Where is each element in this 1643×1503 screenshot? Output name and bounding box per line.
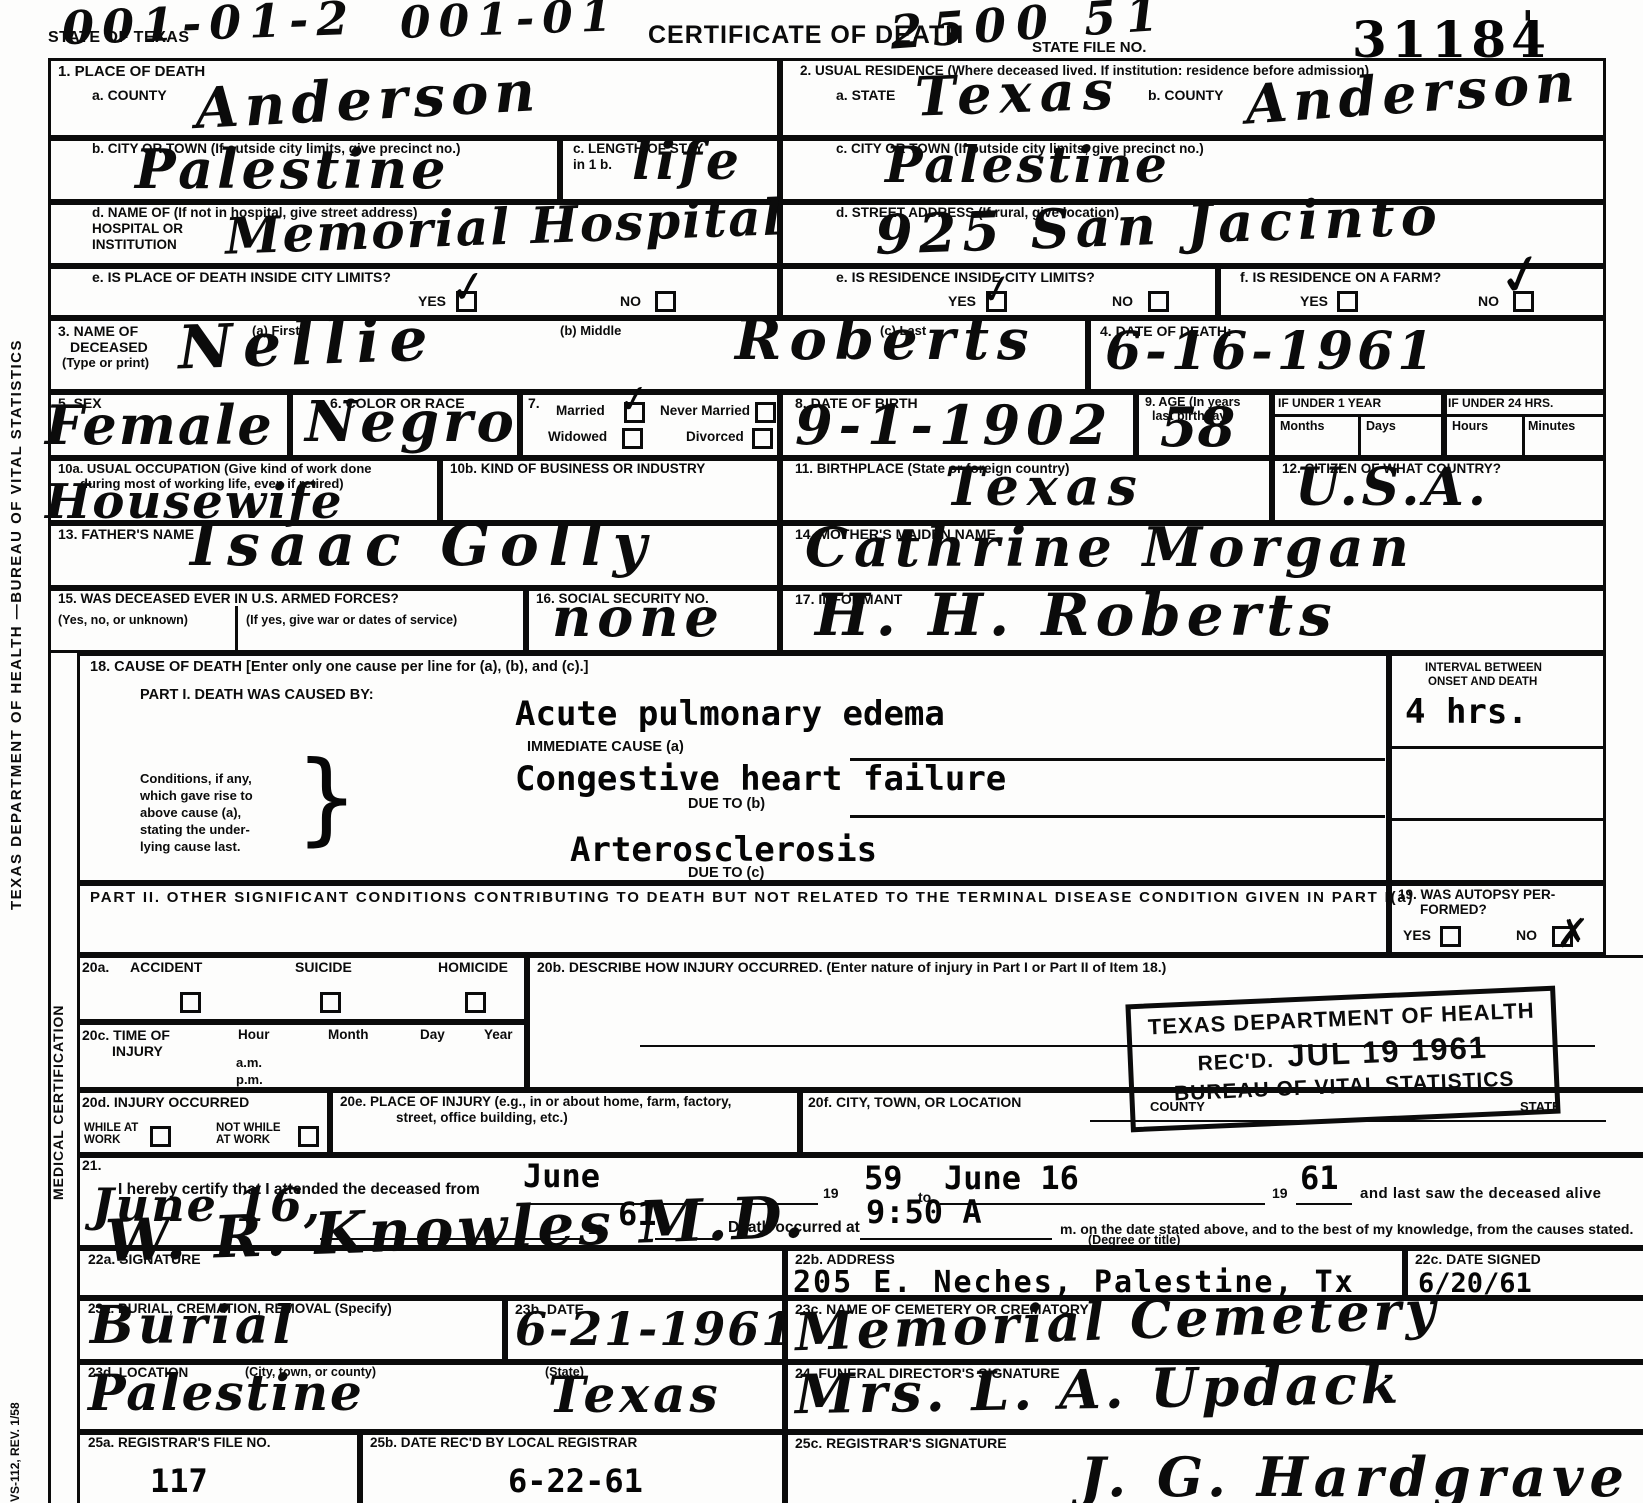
- label-19-yes: YES: [1403, 928, 1431, 943]
- label-20d: 20d. INJURY OCCURRED: [82, 1095, 249, 1110]
- state-file-no-label: STATE FILE NO.: [1032, 40, 1146, 56]
- checkbox-2e-no: [1148, 291, 1169, 312]
- label-21-yr1: 19: [823, 1186, 839, 1201]
- label-1: 1. PLACE OF DEATH: [58, 64, 205, 80]
- label-25b: 25b. DATE REC'D BY LOCAL REGISTRAR: [370, 1436, 637, 1450]
- checkbox-accident: [180, 992, 201, 1013]
- label-20c-year: Year: [484, 1028, 513, 1042]
- value-1c-length: life: [632, 136, 743, 188]
- state-of-texas-label: STATE OF TEXAS: [48, 30, 190, 47]
- label-21: 21.: [82, 1158, 101, 1173]
- value-23a-burial: Burial: [90, 1300, 296, 1352]
- label-15-sub2: (If yes, give war or dates of service): [246, 614, 457, 627]
- label-19-line2: FORMED?: [1420, 903, 1487, 917]
- label-20a-accident: ACCIDENT: [130, 960, 202, 975]
- label-20e-line1: 20e. PLACE OF INJURY (e.g., in or about …: [340, 1095, 731, 1109]
- label-3-line3: (Type or print): [62, 356, 149, 370]
- label-18-due-b: DUE TO (b): [688, 797, 765, 812]
- label-20d-while2: WORK: [84, 1134, 120, 1146]
- line-18b: [850, 815, 1385, 818]
- label-18-part2: PART II. OTHER SIGNIFICANT CONDITIONS CO…: [90, 890, 1414, 906]
- line-21-3: [1296, 1203, 1352, 1205]
- line-21-2: [940, 1203, 1265, 1205]
- label-19-line1: 19. WAS AUTOPSY PER-: [1398, 888, 1555, 902]
- crossmark-19-no: ✗: [1556, 914, 1590, 954]
- label-minutes: Minutes: [1528, 420, 1575, 433]
- label-hours: Hours: [1452, 420, 1488, 433]
- checkbox-2f-yes: [1337, 291, 1358, 312]
- checkbox-7-divorced: [752, 428, 773, 449]
- label-under1: IF UNDER 1 YEAR: [1278, 397, 1381, 410]
- label-days: Days: [1366, 420, 1396, 433]
- label-18-part1: PART I. DEATH WAS CAUSED BY:: [140, 688, 374, 703]
- value-2a-state: Texas: [914, 62, 1122, 123]
- handwritten-code-mid: 001-01: [399, 0, 620, 46]
- label-20c-line1: 20c. TIME OF: [82, 1028, 170, 1043]
- label-15: 15. WAS DECEASED EVER IN U.S. ARMED FORC…: [58, 592, 399, 606]
- label-13: 13. FATHER'S NAME: [58, 527, 194, 542]
- label-2e: e. IS RESIDENCE INSIDE CITY LIMITS?: [836, 270, 1095, 285]
- value-18b: Congestive heart failure: [515, 762, 1006, 796]
- value-25b-date-recd: 6-22-61: [508, 1465, 643, 1497]
- checkbox-not-while-at-work: [298, 1126, 319, 1147]
- label-20a-suicide: SUICIDE: [295, 960, 352, 975]
- label-1d-line3: INSTITUTION: [92, 238, 177, 252]
- label-25c: 25c. REGISTRAR'S SIGNATURE: [795, 1436, 1007, 1451]
- value-18c: Arterosclerosis: [570, 833, 877, 867]
- label-3-middle: (b) Middle: [560, 324, 621, 338]
- label-21-alive: and last saw the deceased alive: [1360, 1186, 1601, 1202]
- label-interval-line1: INTERVAL BETWEEN: [1425, 662, 1542, 674]
- label-19-no: NO: [1516, 928, 1537, 943]
- value-1b-city: Palestine: [135, 142, 450, 196]
- divider-months-days: [1358, 414, 1361, 458]
- value-23d-state: Texas: [548, 1370, 722, 1420]
- value-interval: 4 hrs.: [1405, 695, 1528, 729]
- value-14-mother: Cathrine Morgan: [805, 520, 1415, 574]
- value-2c-city: Palestine: [885, 140, 1170, 190]
- label-1e: e. IS PLACE OF DEATH INSIDE CITY LIMITS?: [92, 270, 391, 285]
- received-stamp: TEXAS DEPARTMENT OF HEALTH REC'D. JUL 19…: [1125, 986, 1560, 1133]
- label-20b: 20b. DESCRIBE HOW INJURY OCCURRED. (Ente…: [537, 960, 1166, 975]
- value-21-to-date: June 16: [944, 1162, 1079, 1194]
- line-under24: [1444, 414, 1606, 417]
- label-2a: a. STATE: [836, 88, 895, 103]
- value-21-from-year: 59: [864, 1162, 903, 1194]
- label-18-immediate: IMMEDIATE CAUSE (a): [527, 740, 684, 755]
- checkbox-homicide: [465, 992, 486, 1013]
- value-21-from-month: June: [523, 1160, 600, 1192]
- label-interval-line2: ONSET AND DEATH: [1428, 676, 1537, 688]
- label-22a-degree: (Degree or title): [1088, 1234, 1180, 1247]
- label-20d-notwhile2: AT WORK: [216, 1134, 270, 1146]
- value-6-race: Negro: [305, 394, 518, 450]
- label-20f: 20f. CITY, TOWN, OR LOCATION: [808, 1095, 1021, 1110]
- label-10b: 10b. KIND OF BUSINESS OR INDUSTRY: [450, 462, 705, 476]
- label-20c-hour: Hour: [238, 1028, 270, 1042]
- page-title: CERTIFICATE OF DEATH: [648, 22, 964, 48]
- label-18-cond4: stating the under-: [140, 823, 250, 837]
- label-18: 18. CAUSE OF DEATH [Enter only one cause…: [90, 660, 588, 675]
- label-months: Months: [1280, 420, 1324, 433]
- value-17-informant: H. H. Roberts: [815, 586, 1338, 644]
- stamp-recd: REC'D.: [1197, 1049, 1274, 1075]
- label-2f: f. IS RESIDENCE ON A FARM?: [1240, 270, 1441, 285]
- checkmark-7-married: ✓: [616, 378, 653, 420]
- value-13-father: Isaac Golly: [190, 516, 656, 574]
- label-20d-notwhile1: NOT WHILE: [216, 1122, 281, 1134]
- label-under24: IF UNDER 24 HRS.: [1448, 397, 1553, 410]
- label-3-line2: DECEASED: [70, 340, 148, 355]
- label-3-line1: 3. NAME OF: [58, 324, 138, 339]
- checkbox-while-at-work: [150, 1126, 171, 1147]
- label-2f-no: NO: [1478, 294, 1499, 309]
- label-20c-day: Day: [420, 1028, 445, 1042]
- value-5-sex: Female: [45, 398, 274, 452]
- label-1d-line2: HOSPITAL OR: [92, 222, 183, 236]
- label-7-divorced: Divorced: [686, 430, 744, 444]
- label-18-cond3: above cause (a),: [140, 806, 241, 820]
- label-7: 7.: [528, 396, 540, 411]
- checkbox-1e-no: [655, 291, 676, 312]
- label-1a: a. COUNTY: [92, 88, 167, 103]
- label-7-never: Never Married: [660, 404, 750, 418]
- label-20a: 20a.: [82, 960, 109, 975]
- checkbox-suicide: [320, 992, 341, 1013]
- label-18-cond1: Conditions, if any,: [140, 772, 252, 786]
- label-20e-line2: street, office building, etc.): [396, 1111, 568, 1125]
- label-7-widowed: Widowed: [548, 430, 607, 444]
- label-20d-while1: WHILE AT: [84, 1122, 138, 1134]
- label-2b: b. COUNTY: [1148, 88, 1223, 103]
- value-4-date-of-death: 6-16-1961: [1105, 326, 1437, 378]
- margin-agency-text: TEXAS DEPARTMENT OF HEALTH —BUREAU OF VI…: [8, 270, 25, 910]
- value-11-birthplace: Texas: [945, 462, 1145, 514]
- label-7-married: Married: [556, 404, 605, 418]
- label-18-cond5: lying cause last.: [140, 840, 240, 854]
- divider-15: [235, 606, 238, 653]
- checkbox-7-widowed: [622, 428, 643, 449]
- label-2e-no: NO: [1112, 294, 1133, 309]
- value-9-age: 58: [1160, 400, 1235, 454]
- value-1a-county: Anderson: [194, 63, 543, 137]
- checkbox-19-yes: [1440, 926, 1461, 947]
- label-21-yr2: 19: [1272, 1186, 1288, 1201]
- value-24-funeral-director: Mrs. L. A. Updack: [795, 1357, 1403, 1422]
- checkmark-1e-yes: ✓: [447, 264, 490, 313]
- label-15-sub1: (Yes, no, or unknown): [58, 614, 188, 627]
- stamp-date: JUL 19 1961: [1287, 1030, 1489, 1074]
- value-21-to-year: 61: [1300, 1162, 1339, 1194]
- value-23d-city: Palestine: [88, 1368, 364, 1418]
- label-18-cond2: which gave rise to: [140, 789, 253, 803]
- divider-hours-minutes: [1522, 414, 1525, 458]
- label-20a-homicide: HOMICIDE: [438, 960, 508, 975]
- label-20c-line2: INJURY: [112, 1044, 163, 1059]
- death-certificate-scan: 001-01-2 001-01 2500 51 ' STATE OF TEXAS…: [0, 0, 1643, 1503]
- line-interval-2: [1389, 818, 1606, 821]
- value-3-first: Nellie: [177, 309, 439, 378]
- label-1c-line2: in 1 b.: [573, 158, 612, 172]
- value-16-ssn: none: [552, 590, 725, 644]
- label-18-due-c: DUE TO (c): [688, 866, 764, 881]
- label-22c: 22c. DATE SIGNED: [1415, 1252, 1541, 1267]
- margin-medical-certification: MEDICAL CERTIFICATION: [50, 995, 66, 1210]
- value-25c-registrar: J. G. Hardgrave: [1080, 1450, 1630, 1503]
- label-2f-yes: YES: [1300, 294, 1328, 309]
- value-12-citizen: U.S.A.: [1295, 462, 1490, 514]
- line-21-6: [860, 1238, 1052, 1240]
- label-1e-no: NO: [620, 294, 641, 309]
- checkbox-7-never: [755, 402, 776, 423]
- line-interval-1: [1389, 746, 1606, 749]
- value-23b-date: 6-21-1961: [515, 1306, 795, 1352]
- label-20c-am: a.m.: [236, 1056, 262, 1070]
- value-21-death-time: 9:50 A: [866, 1196, 982, 1228]
- checkmark-2e-yes: ✓: [977, 267, 1017, 312]
- margin-form-code: VS-112, REV. 1/58: [8, 1392, 22, 1502]
- brace-glyph: }: [295, 748, 359, 848]
- label-25a: 25a. REGISTRAR'S FILE NO.: [88, 1436, 271, 1450]
- label-20c-month: Month: [328, 1028, 368, 1042]
- value-18a: Acute pulmonary edema: [515, 697, 945, 731]
- value-25a-file-no: 117: [150, 1465, 208, 1497]
- value-3-last: Roberts: [735, 312, 1037, 368]
- label-20c-pm: p.m.: [236, 1073, 263, 1087]
- value-8-dob: 9-1-1902: [795, 398, 1113, 452]
